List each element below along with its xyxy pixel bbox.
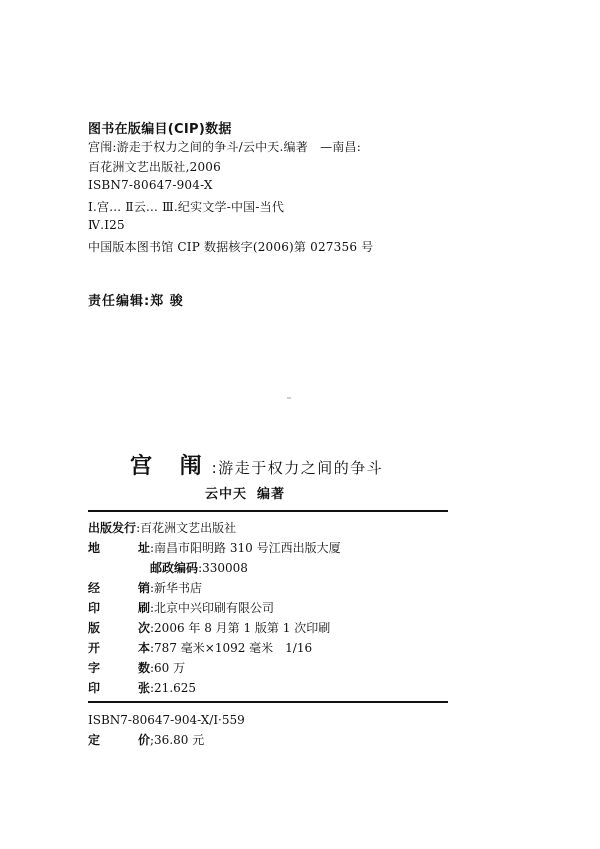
info-value: :787 毫米×1092 毫米 1/16 — [150, 639, 312, 657]
book-subtitle: 游走于权力之间的争斗 — [218, 459, 383, 477]
editor-label: 责任编辑 — [88, 294, 144, 309]
info-label: 字数 — [88, 659, 150, 677]
book-author: 云中天编著 — [205, 483, 285, 502]
scan-speck — [287, 397, 291, 399]
info-label: 印刷 — [88, 599, 150, 617]
info-row-publisher: 出版发行:百花洲文艺出版社 — [88, 519, 236, 537]
top-divider — [88, 510, 448, 512]
cip-line-class-number: Ⅳ.I25 — [88, 218, 125, 232]
book-title: 宫 闱:游走于权力之间的争斗 — [130, 449, 383, 480]
info-label: 邮政编码 — [150, 559, 198, 577]
info-row-word-count: 字数:60 万 — [88, 659, 185, 677]
info-label: 开本 — [88, 639, 150, 657]
info-row-printer: 印刷:北京中兴印刷有限公司 — [88, 599, 274, 617]
footer-price: 定价;36.80 元 — [88, 731, 204, 749]
editor-name: 郑 骏 — [150, 294, 184, 309]
author-role: 编著 — [257, 487, 285, 502]
info-value: :21.625 — [150, 679, 196, 697]
info-label: 出版发行 — [88, 519, 136, 537]
info-row-edition: 版次:2006 年 8 月第 1 版第 1 次印刷 — [88, 619, 330, 637]
info-row-postcode: 邮政编码:330008 — [150, 559, 248, 577]
cip-line-classification: Ⅰ.宫… Ⅱ云… Ⅲ.纪实文学-中国-当代 — [88, 198, 284, 215]
info-row-address: 地址:南昌市阳明路 310 号江西出版大厦 — [88, 539, 341, 557]
info-label: 经销 — [88, 579, 150, 597]
info-value: :新华书店 — [150, 579, 202, 597]
cip-heading: 图书在版编目(CIP)数据 — [88, 118, 232, 137]
cip-line-isbn: ISBN7-80647-904-X — [88, 178, 213, 192]
info-value: :330008 — [198, 559, 248, 577]
info-value: :60 万 — [150, 659, 185, 677]
price-value: ;36.80 元 — [150, 731, 204, 749]
cip-line-publisher: 百花洲文艺出版社,2006 — [88, 158, 221, 175]
info-row-format: 开本:787 毫米×1092 毫米 1/16 — [88, 639, 312, 657]
isbn-value: ISBN7-80647-904-X/I·559 — [88, 711, 245, 729]
info-value: :2006 年 8 月第 1 版第 1 次印刷 — [150, 619, 330, 637]
info-value: :百花洲文艺出版社 — [136, 519, 236, 537]
info-row-distributor: 经销:新华书店 — [88, 579, 202, 597]
info-label: 地址 — [88, 539, 150, 557]
cip-line-title: 宫闱:游走于权力之间的争斗/云中天.编著 —南昌: — [88, 138, 361, 155]
info-row-print-sheets: 印张:21.625 — [88, 679, 196, 697]
info-label: 印张 — [88, 679, 150, 697]
info-value: :南昌市阳明路 310 号江西出版大厦 — [150, 539, 341, 557]
cip-line-record-number: 中国版本图书馆 CIP 数据核字(2006)第 027356 号 — [88, 238, 373, 255]
author-name: 云中天 — [205, 487, 247, 502]
info-value: :北京中兴印刷有限公司 — [150, 599, 274, 617]
responsible-editor: 责任编辑:郑 骏 — [88, 290, 184, 309]
book-title-main: 宫 闱 — [130, 453, 212, 479]
info-label: 版次 — [88, 619, 150, 637]
footer-isbn: ISBN7-80647-904-X/I·559 — [88, 711, 245, 729]
bottom-divider — [88, 701, 448, 703]
price-label: 定价 — [88, 731, 150, 749]
